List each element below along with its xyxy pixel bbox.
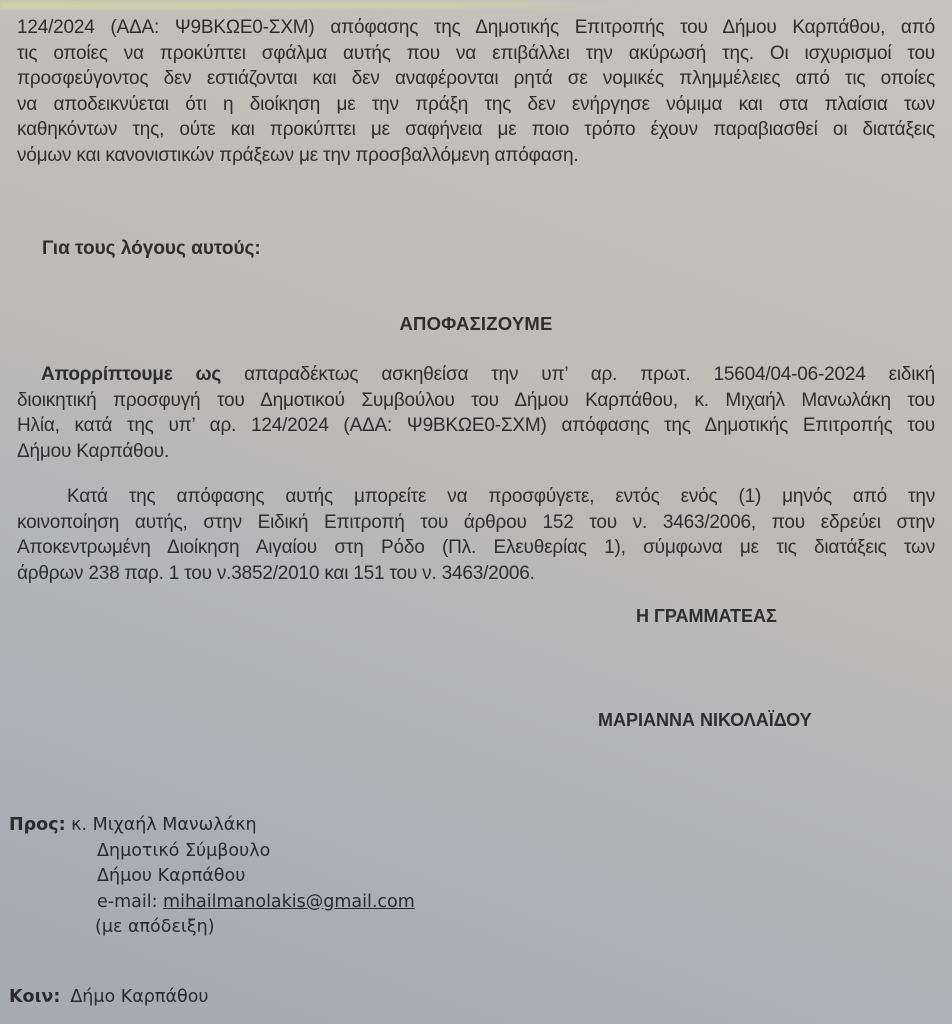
text-line: να αποδεικνύεται ότι η διοίκηση με την π… [17, 92, 935, 118]
text-line: Δήμου Καρπάθου. [17, 439, 935, 465]
highlighter-stripe [0, 2, 640, 9]
bold-lead: Απορρίπτουμε ως [41, 364, 221, 385]
recipient-organization: Δήμου Καρπάθου [9, 864, 415, 890]
cc-value: Δήμο Καρπάθου [70, 987, 208, 1007]
email-link[interactable]: mihailmanolakis@gmail.com [163, 892, 415, 912]
text-line: κοινοποίηση αυτής, στην Ειδική Επιτροπή … [17, 510, 935, 536]
recipient-name: κ. Μιχαήλ Μανωλάκη [71, 815, 256, 835]
text-line: καθηκόντων της, ούτε και προκύπτει με σα… [17, 117, 935, 143]
text-span: απαραδέκτως ασκηθείσα την υπ’ αρ. πρωτ. … [221, 364, 935, 385]
recipient-label: Προς: [9, 815, 66, 835]
text-line: διοικητική προσφυγή του Δημοτικού Συμβού… [17, 388, 935, 414]
text-line: άρθρων 238 παρ. 1 του ν.3852/2010 και 15… [17, 561, 935, 587]
paragraph-decision: Απορρίπτουμε ως απαραδέκτως ασκηθείσα τη… [17, 362, 935, 464]
heading-decision: ΑΠΟΦΑΣΙΖΟΥΜΕ [0, 313, 952, 335]
email-label: e-mail: [97, 892, 163, 912]
text-line: Κατά της απόφασης αυτής μπορείτε να προσ… [17, 484, 935, 510]
text-line: 124/2024 (ΑΔΑ: Ψ9ΒΚΩΕ0-ΣΧΜ) απόφασης της… [17, 15, 935, 41]
text-line: τις οποίες να προκύπτει σφάλμα αυτής που… [17, 41, 935, 67]
paragraph-appeal-info: Κατά της απόφασης αυτής μπορείτε να προσ… [17, 484, 935, 586]
text-line: Αποκεντρωμένη Διοίκηση Αιγαίου στη Ρόδο … [17, 535, 935, 561]
text-line: Απορρίπτουμε ως απαραδέκτως ασκηθείσα τη… [17, 362, 935, 388]
signature-name: ΜΑΡΙΑΝΝΑ ΝΙΚΟΛΑΪΔΟΥ [598, 710, 812, 731]
text-line: προσφεύγοντος δεν εστιάζονται και δεν αν… [17, 66, 935, 92]
cc-block: Κοιν:Δήμο Καρπάθου [9, 987, 209, 1007]
text-line: νόμων και κανονιστικών πράξεων με την πρ… [17, 143, 935, 169]
recipient-name-row: Προς: κ. Μιχαήλ Μανωλάκη [9, 813, 415, 839]
cc-label: Κοιν: [9, 987, 60, 1007]
heading-reasons: Για τους λόγους αυτούς: [42, 238, 261, 260]
recipient-email-row: e-mail: mihailmanolakis@gmail.com [9, 890, 415, 916]
signature-title: Η ΓΡΑΜΜΑΤΕΑΣ [636, 606, 777, 627]
recipient-role: Δημοτικό Σύμβουλο [9, 839, 415, 865]
text-line: Ηλία, κατά της υπ’ αρ. 124/2024 (ΑΔΑ: Ψ9… [17, 413, 935, 439]
paragraph-reasoning: 124/2024 (ΑΔΑ: Ψ9ΒΚΩΕ0-ΣΧΜ) απόφασης της… [17, 15, 935, 168]
recipient-note: (με απόδειξη) [9, 915, 415, 941]
recipient-block: Προς: κ. Μιχαήλ Μανωλάκη Δημοτικό Σύμβου… [9, 813, 415, 941]
